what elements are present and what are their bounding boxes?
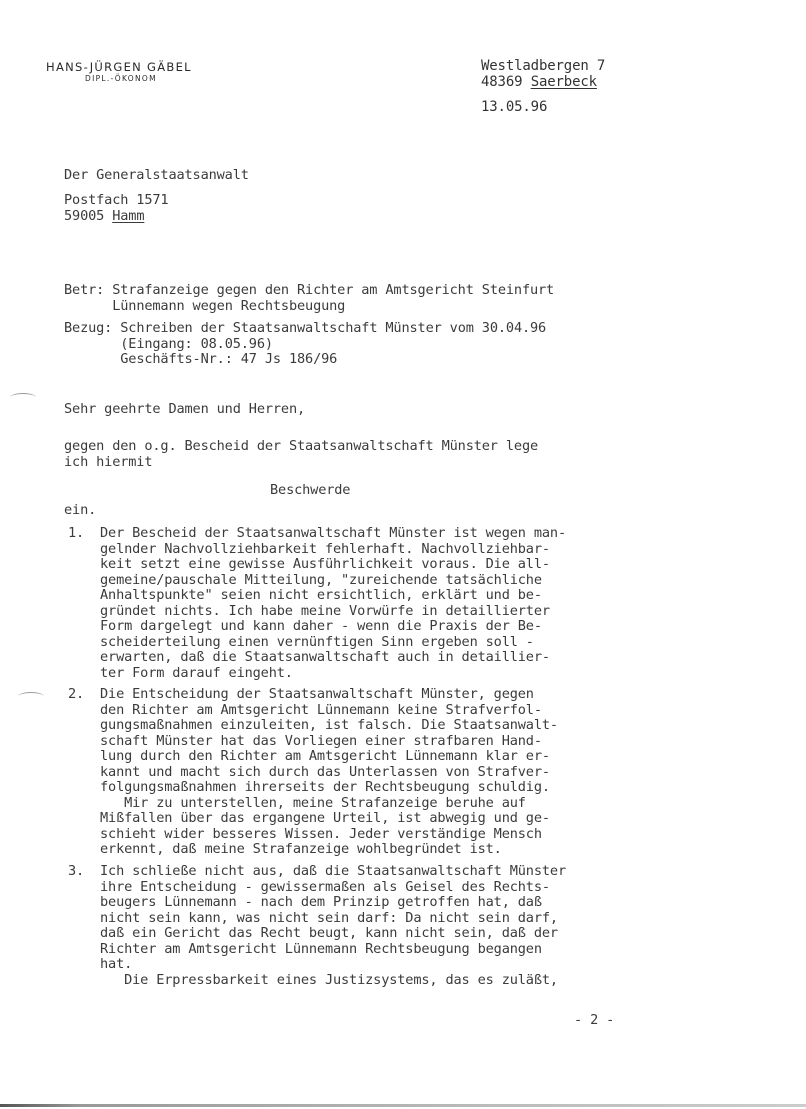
- paragraph-line: den Richter am Amtsgericht Lünnemann kei…: [100, 702, 542, 718]
- item-number: 3.: [68, 864, 84, 880]
- recipient-address: Postfach 1571 59005 Hamm: [64, 193, 168, 224]
- paragraph-line: daß ein Gericht das Recht beugt, kann ni…: [100, 925, 558, 941]
- reference-line: Schreiben der Staatsanwaltschaft Münster…: [120, 320, 546, 336]
- item-number: 2.: [68, 687, 84, 703]
- subject-line: Lünnemann wegen Rechtsbeugung: [112, 298, 345, 314]
- paragraph-line: erkennt, daß meine Strafanzeige wohlbegr…: [100, 841, 502, 857]
- intro-closing: ein.: [64, 503, 96, 519]
- subject-line: Strafanzeige gegen den Richter am Amtsge…: [112, 282, 554, 298]
- paragraph-line: Anhaltspunkte" seien nicht ersichtlich, …: [100, 587, 542, 603]
- paragraph-line: ter Form darauf eingeht.: [100, 665, 293, 681]
- paragraph-line: gemeine/pauschale Mitteilung, "zureichen…: [100, 572, 542, 588]
- paragraph-line: beugers Lünnemann - nach dem Prinzip get…: [100, 894, 542, 910]
- paragraph-line: scheiderteilung einen vernünftigen Sinn …: [100, 634, 534, 650]
- paragraph-line: schieht wider besseres Wissen. Jeder ver…: [100, 826, 542, 842]
- punch-hole-mark: [18, 692, 44, 701]
- paragraph-line: Form dargelegt und kann daher - wenn die…: [100, 618, 542, 634]
- reference-label: Bezug:: [64, 320, 112, 336]
- paragraph-line: folgungsmaßnahmen ihrerseits der Rechtsb…: [100, 779, 550, 795]
- recipient-name: Der Generalstaatsanwalt: [64, 168, 249, 184]
- recipient-city: Hamm: [112, 208, 144, 224]
- paragraph-line: gründet nichts. Ich habe meine Vorwürfe …: [100, 603, 550, 619]
- paragraph-line: Ich schließe nicht aus, daß die Staatsan…: [100, 863, 566, 879]
- paragraph-line: ihre Entscheidung - gewissermaßen als Ge…: [100, 879, 550, 895]
- item-3-text: Ich schließe nicht aus, daß die Staatsan…: [100, 864, 566, 988]
- sender-postcode: 48369: [481, 74, 522, 90]
- page-number: - 2 -: [574, 1013, 614, 1029]
- paragraph-line: Mißfallen über das ergangene Urteil, ist…: [100, 810, 550, 826]
- intro-paragraph: gegen den o.g. Bescheid der Staatsanwalt…: [64, 439, 538, 470]
- item-2-text: Die Entscheidung der Staatsanwaltschaft …: [100, 687, 558, 858]
- letter-date: 13.05.96: [481, 100, 547, 116]
- paragraph-line: keit setzt eine gewisse Ausführlichkeit …: [100, 556, 550, 572]
- recipient-postbox: Postfach 1571: [64, 192, 168, 208]
- recipient-postcode: 59005: [64, 208, 104, 224]
- sender-street: Westladbergen 7: [481, 58, 605, 74]
- subject-label: Betr:: [64, 282, 104, 298]
- subject-block: Betr: Strafanzeige gegen den Richter am …: [64, 283, 554, 314]
- intro-line: ich hiermit: [64, 454, 152, 470]
- paragraph-line: Die Erpressbarkeit eines Justizsystems, …: [100, 972, 558, 988]
- item-number: 1.: [68, 526, 84, 542]
- letterhead-name: HANS-JÜRGEN GÄBEL: [46, 60, 192, 74]
- paragraph-line: nicht sein kann, was nicht sein darf: Da…: [100, 910, 558, 926]
- paragraph-line: schaft Münster hat das Vorliegen einer s…: [100, 733, 542, 749]
- scan-edge: [0, 1104, 806, 1107]
- paragraph-line: hat.: [100, 956, 132, 972]
- paragraph-line: gungsmaßnahmen einzuleiten, ist falsch. …: [100, 717, 558, 733]
- paragraph-line: gelnder Nachvollziehbarkeit fehlerhaft. …: [100, 541, 550, 557]
- paragraph-line: lung durch den Richter am Amtsgericht Lü…: [100, 748, 550, 764]
- paragraph-line: Der Bescheid der Staatsanwaltschaft Müns…: [100, 525, 566, 541]
- sender-city: Saerbeck: [531, 74, 597, 90]
- reference-line: (Eingang: 08.05.96): [120, 336, 273, 352]
- reference-line: Geschäfts-Nr.: 47 Js 186/96: [120, 351, 337, 367]
- reference-block: Bezug: Schreiben der Staatsanwaltschaft …: [64, 321, 546, 368]
- paragraph-line: kannt und macht sich durch das Unterlass…: [100, 764, 550, 780]
- punch-hole-mark: [10, 393, 36, 402]
- letter-page: HANS-JÜRGEN GÄBEL DIPL.-ÖKONOM Westladbe…: [0, 0, 806, 1109]
- paragraph-line: erwarten, daß die Staatsanwaltschaft auc…: [100, 649, 550, 665]
- letterhead-title: DIPL.-ÖKONOM: [85, 74, 157, 83]
- salutation: Sehr geehrte Damen und Herren,: [64, 402, 305, 418]
- heading-beschwerde: Beschwerde: [270, 483, 350, 499]
- intro-line: gegen den o.g. Bescheid der Staatsanwalt…: [64, 438, 538, 454]
- paragraph-line: Die Entscheidung der Staatsanwaltschaft …: [100, 686, 534, 702]
- sender-address: Westladbergen 7 48369 Saerbeck: [481, 58, 605, 90]
- paragraph-line: Mir zu unterstellen, meine Strafanzeige …: [100, 795, 526, 811]
- item-1-text: Der Bescheid der Staatsanwaltschaft Müns…: [100, 526, 566, 681]
- paragraph-line: Richter am Amtsgericht Lünnemann Rechtsb…: [100, 941, 542, 957]
